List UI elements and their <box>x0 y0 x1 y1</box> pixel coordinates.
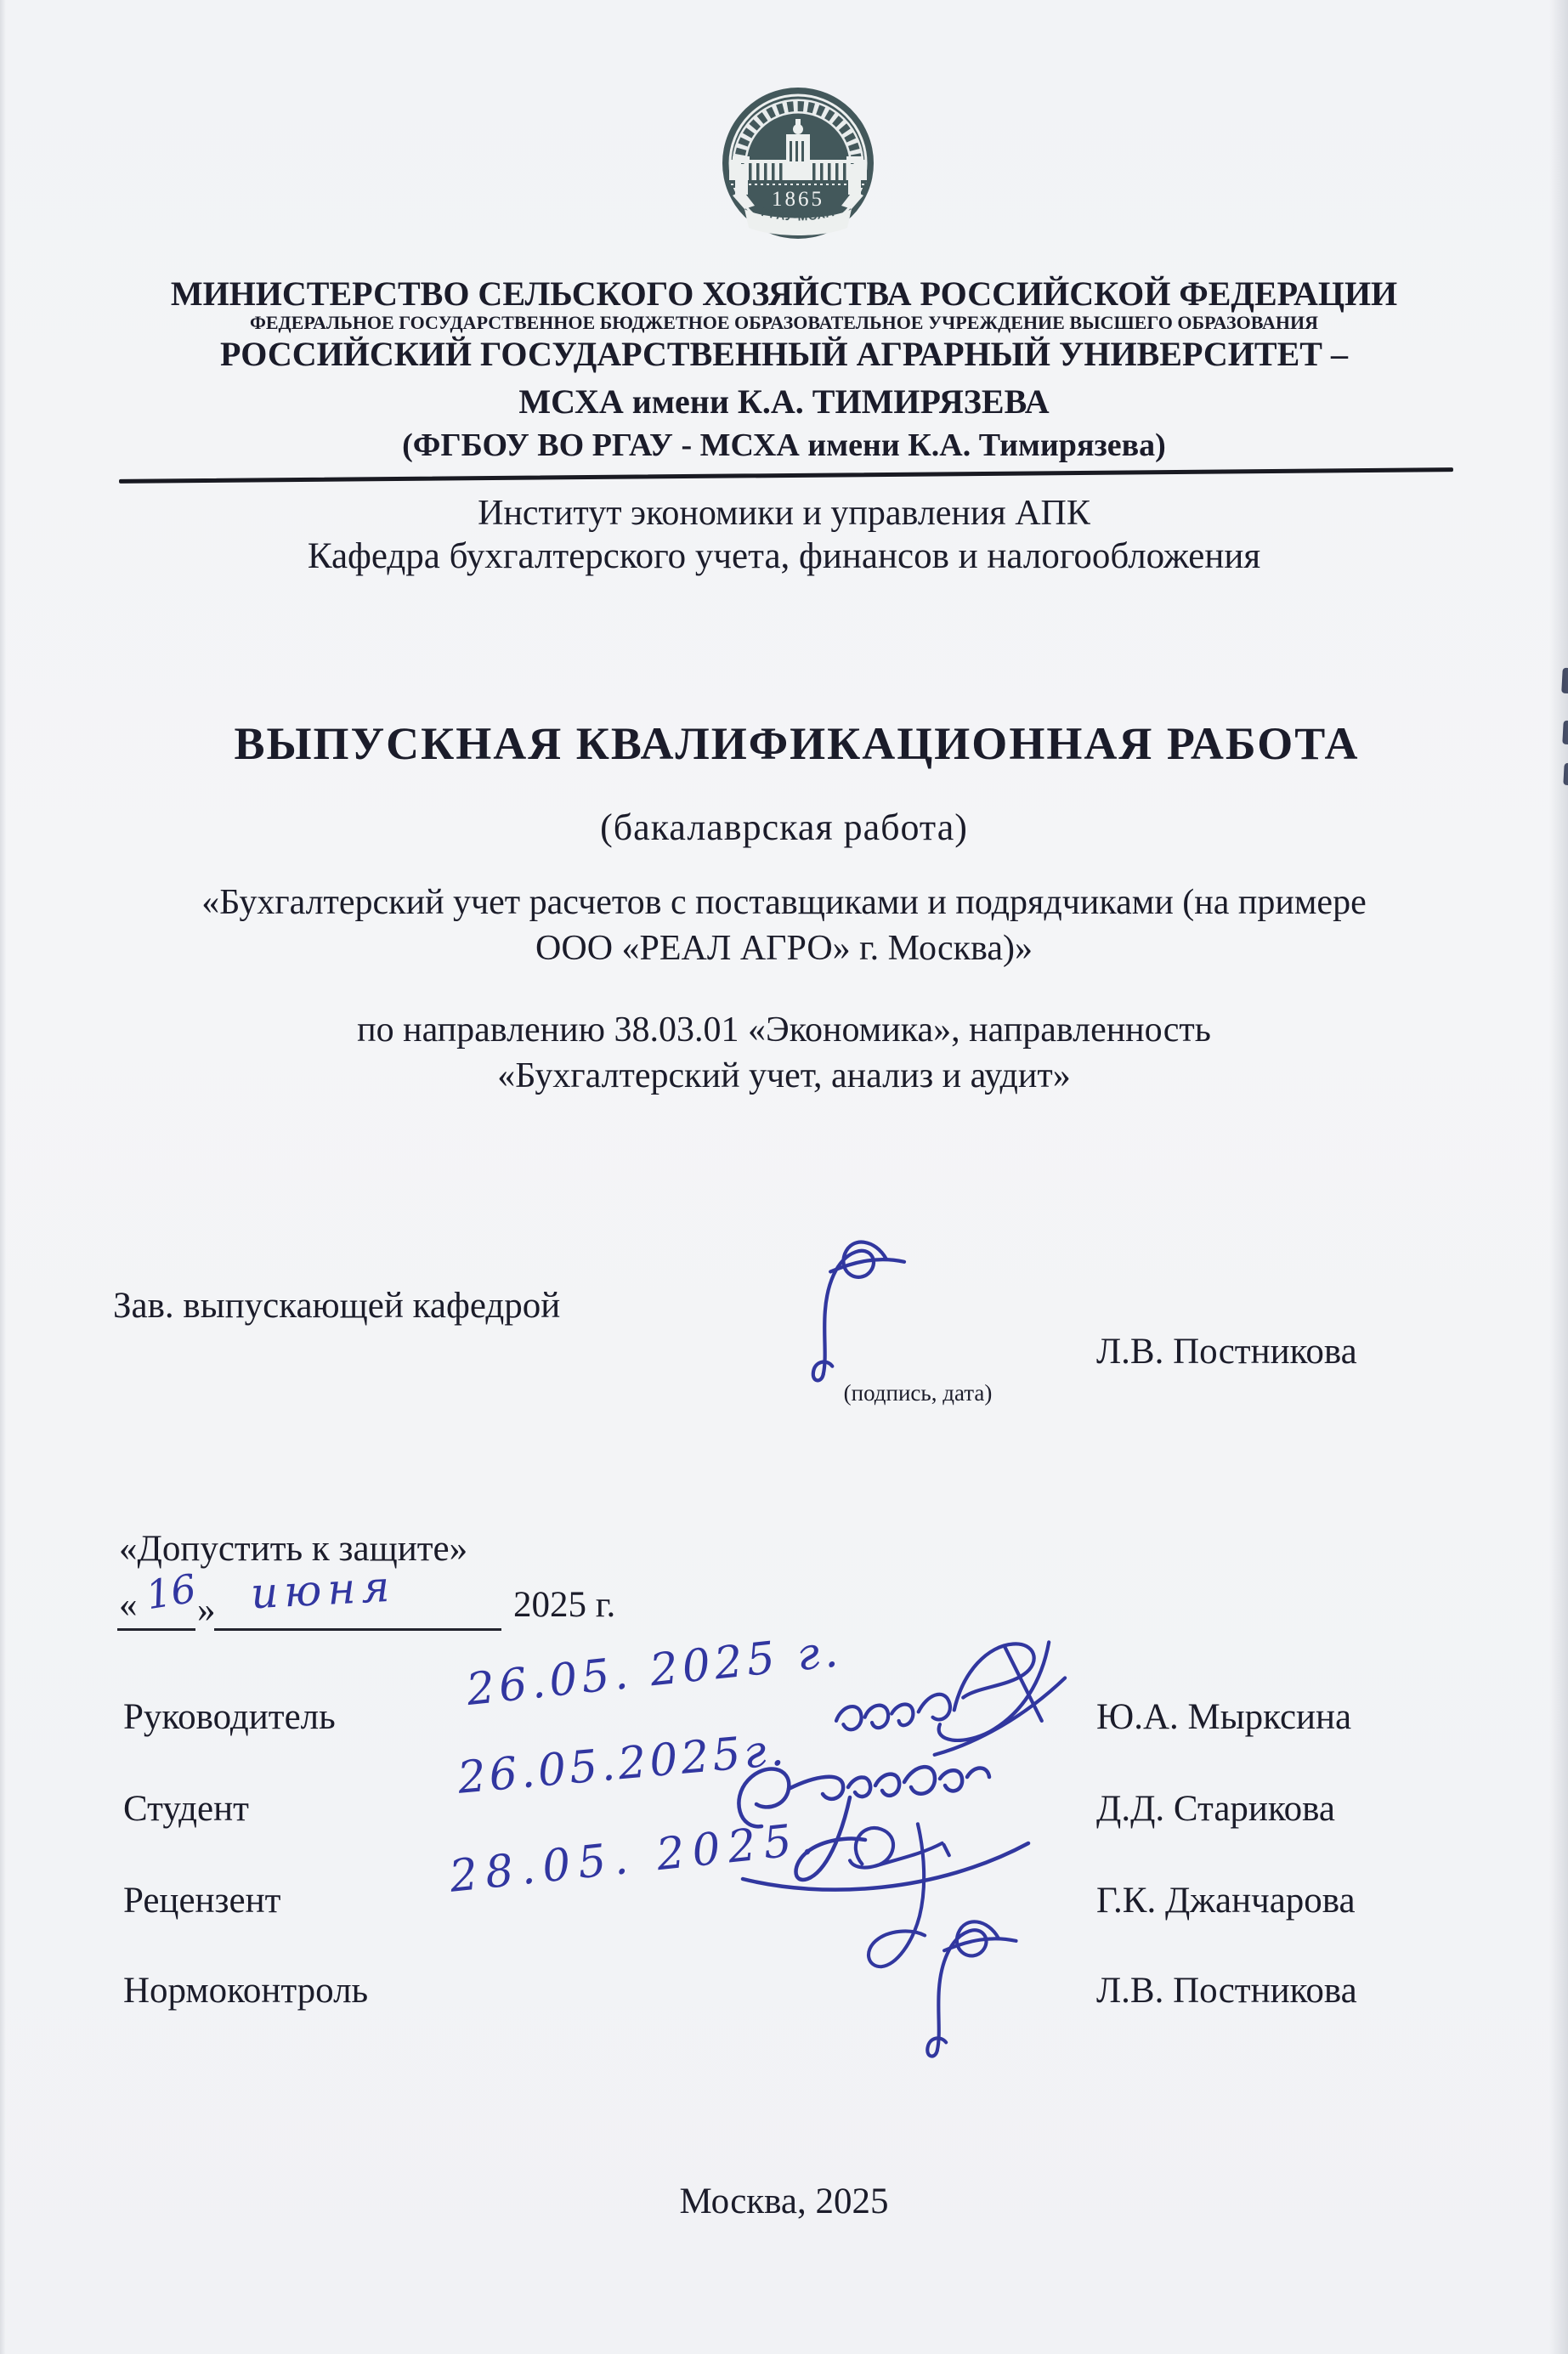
institute-line: Институт экономики и управления АПК <box>0 493 1568 534</box>
seal-year: 1865 <box>772 188 824 211</box>
work-title-line1: «Бухгалтерский учет расчетов с поставщик… <box>0 882 1568 923</box>
institution-type-line: ФЕДЕРАЛЬНОЕ ГОСУДАРСТВЕННОЕ БЮДЖЕТНОЕ ОБ… <box>0 312 1568 334</box>
month-underline <box>214 1594 501 1631</box>
scan-artifact <box>1561 668 1568 694</box>
name-reviewer: Г.К. Джанчарова <box>1096 1880 1356 1921</box>
head-of-department-signature <box>795 1234 922 1387</box>
city-year-line: Москва, 2025 <box>0 2181 1568 2222</box>
role-label-supervisor: Руководитель <box>123 1696 336 1738</box>
university-name-line2: МСХА имени К.А. ТИМИРЯЗЕВА <box>0 382 1568 422</box>
scan-artifact <box>1562 721 1568 745</box>
program-line1: по направлению 38.03.01 «Экономика», нап… <box>0 1010 1568 1050</box>
role-label-reviewer: Рецензент <box>123 1880 280 1921</box>
name-student: Д.Д. Старикова <box>1096 1788 1335 1830</box>
date-year: 2025 г. <box>513 1584 615 1626</box>
university-seal-emblem: 1865 РГАУ-МСХА <box>721 85 875 241</box>
role-label-student: Студент <box>123 1788 249 1830</box>
svg-text:1865: 1865 <box>772 188 824 211</box>
head-of-department-name: Л.В. Постникова <box>1096 1331 1357 1372</box>
department-line: Кафедра бухгалтерского учета, финансов и… <box>0 535 1568 577</box>
ministry-line: МИНИСТЕРСТВО СЕЛЬСКОГО ХОЗЯЙСТВА РОССИЙС… <box>0 274 1568 314</box>
role-label-norm-control: Нормоконтроль <box>123 1970 368 2012</box>
work-subtype: (бакалаврская работа) <box>0 806 1568 849</box>
divider-line <box>119 467 1453 484</box>
admit-to-defense-line: «Допустить к защите» <box>119 1528 467 1570</box>
handwritten-date-supervisor: 26.05. 2025 г. <box>464 1626 844 1716</box>
work-type-title: ВЫПУСКНАЯ КВАЛИФИКАЦИОННАЯ РАБОТА <box>25 717 1568 770</box>
work-title-line2: ООО «РЕАЛ АГРО» г. Москва)» <box>0 928 1568 969</box>
university-name-line1: РОССИЙСКИЙ ГОСУДАРСТВЕННЫЙ АГРАРНЫЙ УНИВ… <box>0 334 1568 374</box>
university-name-line3: (ФГБОУ ВО РГАУ - МСХА имени К.А. Тимиряз… <box>0 427 1568 464</box>
head-of-department-label: Зав. выпускающей кафедрой <box>113 1285 560 1327</box>
scan-artifact <box>1563 763 1568 786</box>
name-supervisor: Ю.А. Мырксина <box>1096 1696 1351 1738</box>
name-norm-control: Л.В. Постникова <box>1096 1970 1357 2012</box>
date-quote-close: » <box>197 1589 216 1631</box>
norm-control-signature <box>908 1914 1035 2063</box>
day-underline <box>117 1594 195 1631</box>
thesis-title-page: 1865 РГАУ-МСХА МИНИСТЕРСТВО СЕЛЬСКОГО ХО… <box>0 0 1568 2354</box>
program-line2: «Бухгалтерский учет, анализ и аудит» <box>0 1055 1568 1096</box>
signature-caption: (подпись, дата) <box>807 1380 1028 1406</box>
